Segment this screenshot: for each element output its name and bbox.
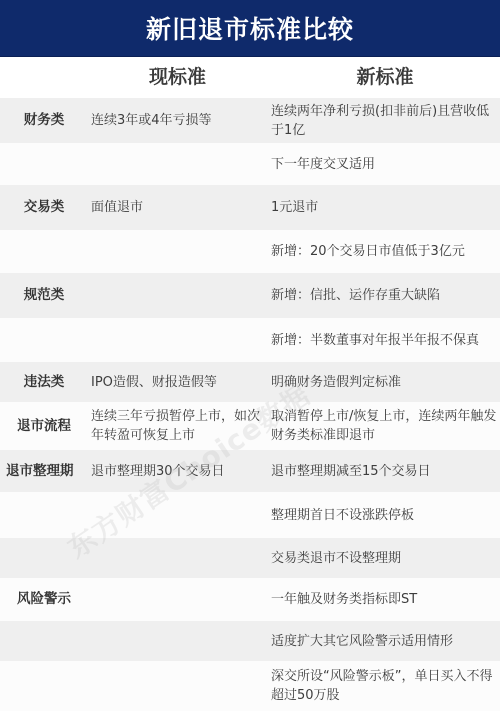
row-category [0, 318, 88, 362]
row-new-standard: 新增：半数董事对年报半年报不保真 [271, 318, 497, 362]
table-row: 风险警示 一年触及财务类指标即ST [0, 578, 500, 621]
row-current-standard: 退市整理期30个交易日 [91, 450, 269, 492]
row-new-standard: 取消暂停上市/恢复上市，连续两年触发财务类标准即退市 [271, 402, 497, 450]
table-row: 交易类退市不设整理期 [0, 538, 500, 578]
row-current-standard [91, 578, 269, 621]
row-category: 退市整理期 [2, 450, 94, 492]
row-category: 风险警示 [0, 578, 88, 621]
row-current-standard [91, 621, 269, 661]
table-row: 财务类 连续3年或4年亏损等 连续两年净利亏损(扣非前后)且营收低于1亿 [0, 98, 500, 143]
row-current-standard [91, 661, 269, 711]
row-new-standard: 适度扩大其它风险警示适用情形 [271, 621, 497, 661]
row-current-standard: 连续3年或4年亏损等 [91, 98, 269, 143]
column-header-new: 新标准 [270, 57, 500, 98]
table-row: 整理期首日不设涨跌停板 [0, 492, 500, 538]
column-header-row: 现标准 新标准 [0, 57, 500, 98]
row-current-standard [91, 230, 269, 273]
table-row: 规范类 新增：信批、运作存重大缺陷 [0, 273, 500, 318]
row-current-standard: 面值退市 [91, 185, 269, 230]
row-category: 财务类 [0, 98, 88, 143]
table-row: 退市整理期 退市整理期30个交易日 退市整理期减至15个交易日 [0, 450, 500, 492]
row-category [0, 230, 88, 273]
table-row: 新增：20个交易日市值低于3亿元 [0, 230, 500, 273]
row-category: 交易类 [0, 185, 88, 230]
page-title: 新旧退市标准比较 [146, 10, 354, 46]
row-new-standard: 1元退市 [271, 185, 497, 230]
row-category [0, 492, 88, 538]
row-current-standard [91, 143, 269, 185]
row-current-standard [91, 318, 269, 362]
row-new-standard: 一年触及财务类指标即ST [271, 578, 497, 621]
row-new-standard: 深交所设“风险警示板”，单日买入不得超过50万股 [271, 661, 497, 711]
row-new-standard: 明确财务造假判定标准 [271, 362, 497, 402]
table-row: 退市流程 连续三年亏损暂停上市，如次年转盈可恢复上市 取消暂停上市/恢复上市，连… [0, 402, 500, 450]
table-row: 适度扩大其它风险警示适用情形 [0, 621, 500, 661]
row-new-standard: 新增：20个交易日市值低于3亿元 [271, 230, 497, 273]
row-category [0, 538, 88, 578]
row-new-standard: 新增：信批、运作存重大缺陷 [271, 273, 497, 318]
row-current-standard: 连续三年亏损暂停上市，如次年转盈可恢复上市 [91, 402, 269, 450]
row-current-standard: IPO造假、财报造假等 [91, 362, 269, 402]
table-row: 交易类 面值退市 1元退市 [0, 185, 500, 230]
row-category: 规范类 [0, 273, 88, 318]
title-bar: 新旧退市标准比较 [0, 0, 500, 57]
row-new-standard: 下一年度交叉适用 [271, 143, 497, 185]
table-row: 新增：半数董事对年报半年报不保真 [0, 318, 500, 362]
row-category [0, 661, 88, 711]
row-category [0, 143, 88, 185]
column-header-current: 现标准 [85, 57, 270, 98]
row-new-standard: 连续两年净利亏损(扣非前后)且营收低于1亿 [271, 98, 497, 143]
row-category: 退市流程 [0, 402, 88, 450]
table-row: 深交所设“风险警示板”，单日买入不得超过50万股 [0, 661, 500, 711]
row-new-standard: 整理期首日不设涨跌停板 [271, 492, 497, 538]
row-new-standard: 交易类退市不设整理期 [271, 538, 497, 578]
row-current-standard [91, 538, 269, 578]
row-current-standard [91, 492, 269, 538]
row-current-standard [91, 273, 269, 318]
table-row: 下一年度交叉适用 [0, 143, 500, 185]
table-row: 违法类 IPO造假、财报造假等 明确财务造假判定标准 [0, 362, 500, 402]
row-category [0, 621, 88, 661]
row-new-standard: 退市整理期减至15个交易日 [271, 450, 497, 492]
row-category: 违法类 [0, 362, 88, 402]
